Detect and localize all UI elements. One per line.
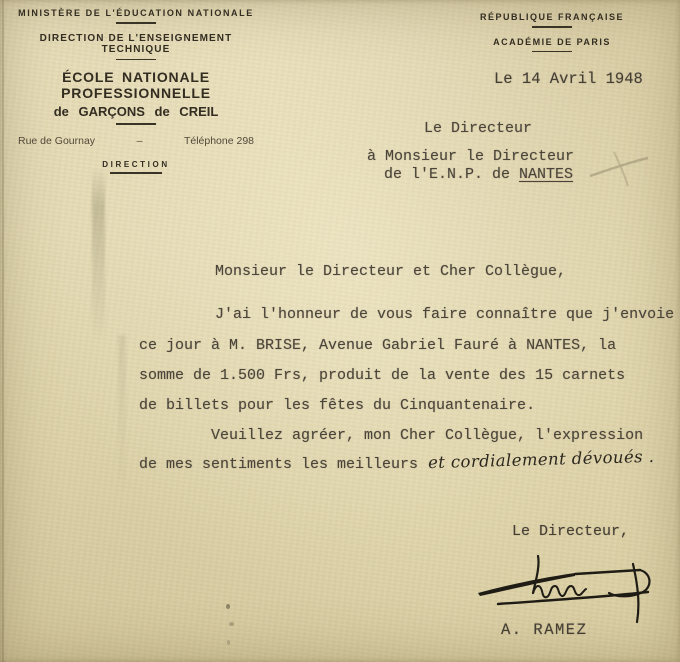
recipient-city: NANTES <box>519 166 573 183</box>
scan-edge <box>2 0 4 662</box>
address-dash: – <box>137 135 143 147</box>
pencil-mark <box>588 146 650 190</box>
phone-number: Téléphone 298 <box>184 135 254 147</box>
direction-line: DIRECTION DE L'ENSEIGNEMENT TECHNIQUE <box>16 33 256 55</box>
ink-speck <box>227 640 230 645</box>
scanned-letter: MINISTÈRE DE L'ÉDUCATION NATIONALE DIREC… <box>0 0 680 662</box>
school-name-line2: de GARÇONS de CREIL <box>16 104 256 119</box>
salutation: Monsieur le Directeur et Cher Collègue, <box>215 263 566 280</box>
republic-line: RÉPUBLIQUE FRANÇAISE <box>472 12 632 22</box>
handwritten-addition: et cordialement dévoués . <box>428 447 655 472</box>
divider <box>110 172 162 174</box>
body-line-3: somme de 1.500 Frs, produit de la vente … <box>139 367 625 384</box>
signatory-name: A. RAMEZ <box>501 621 587 639</box>
body-line-1: J'ai l'honneur de vous faire connaître q… <box>215 306 674 323</box>
recipient-line1: à Monsieur le Directeur <box>367 148 574 165</box>
address-row: Rue de Gournay – Téléphone 298 <box>16 135 256 147</box>
divider <box>116 22 156 24</box>
street-address: Rue de Gournay <box>18 135 95 147</box>
ink-speck <box>226 604 230 609</box>
academy-line: ACADÉMIE DE PARIS <box>472 37 632 47</box>
paper-smudge <box>118 335 126 495</box>
divider <box>532 51 572 53</box>
divider <box>116 59 156 61</box>
paper-smudge <box>92 168 105 340</box>
signature <box>468 546 658 626</box>
recipient-line2: de l'E.N.P. de NANTES <box>384 166 573 183</box>
ink-speck <box>229 622 234 626</box>
ministry-line: MINISTÈRE DE L'ÉDUCATION NATIONALE <box>16 8 256 18</box>
letterhead-right: RÉPUBLIQUE FRANÇAISE ACADÉMIE DE PARIS <box>472 12 632 52</box>
divider <box>532 26 572 28</box>
body-line-2: ce jour à M. BRISE, Avenue Gabriel Fauré… <box>139 337 616 354</box>
divider <box>116 123 156 125</box>
school-name-line1: ÉCOLE NATIONALE PROFESSIONNELLE <box>16 69 256 101</box>
letterhead-left: MINISTÈRE DE L'ÉDUCATION NATIONALE DIREC… <box>16 8 256 174</box>
office-label: DIRECTION <box>16 160 256 169</box>
sender-title: Le Directeur <box>424 120 532 137</box>
recipient-school: de l'E.N.P. de <box>384 166 519 183</box>
body-line-5: Veuillez agréer, mon Cher Collègue, l'ex… <box>211 427 643 444</box>
body-line-4: de billets pour les fêtes du Cinquantena… <box>139 397 535 414</box>
letter-date: Le 14 Avril 1948 <box>494 70 643 88</box>
closing-title: Le Directeur, <box>512 523 629 540</box>
body-line-6: de mes sentiments les meilleurs <box>139 456 418 473</box>
